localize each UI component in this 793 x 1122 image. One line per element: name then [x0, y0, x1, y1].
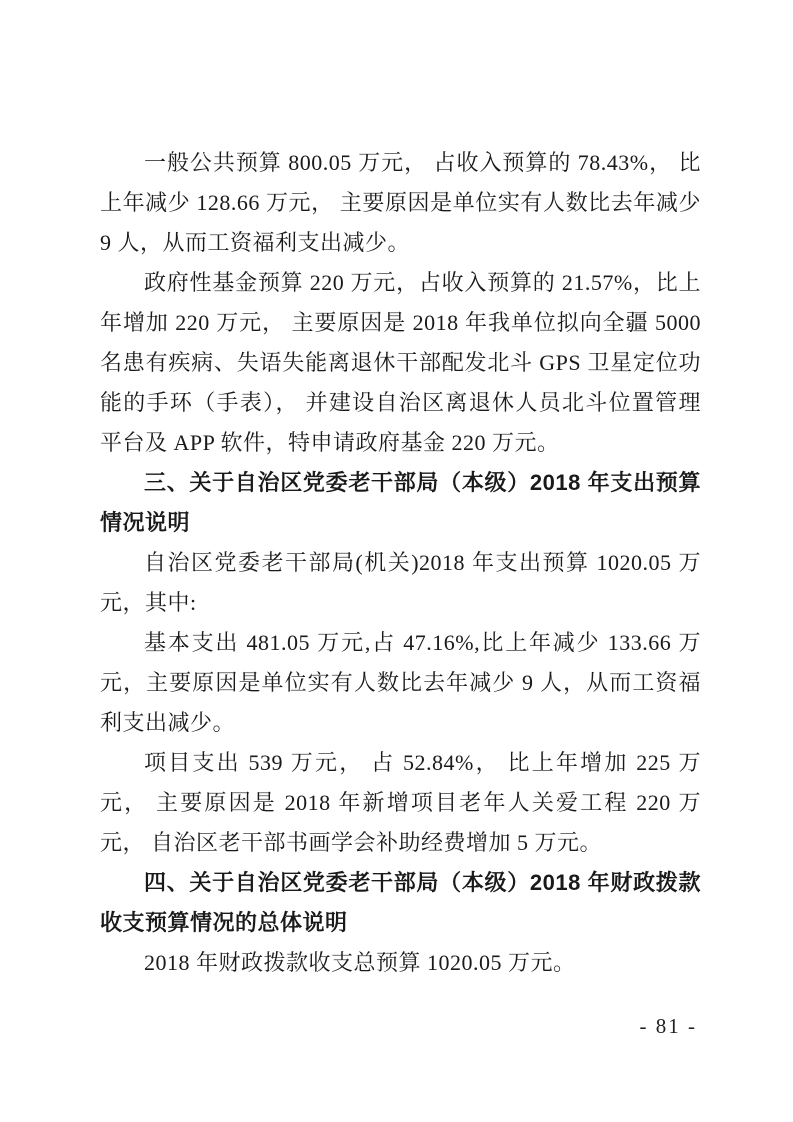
paragraph: 一般公共预算 800.05 万元， 占收入预算的 78.43%， 比上年减少 1…: [100, 143, 701, 263]
paragraph: 基本支出 481.05 万元,占 47.16%,比上年减少 133.66 万元，…: [100, 623, 701, 743]
paragraph: 自治区党委老干部局(机关)2018 年支出预算 1020.05 万元，其中:: [100, 543, 701, 623]
document-body: 一般公共预算 800.05 万元， 占收入预算的 78.43%， 比上年减少 1…: [100, 143, 701, 983]
paragraph: 2018 年财政拨款收支总预算 1020.05 万元。: [100, 943, 701, 983]
section-heading: 三、关于自治区党委老干部局（本级）2018 年支出预算情况说明: [100, 463, 701, 543]
paragraph: 项目支出 539 万元， 占 52.84%， 比上年增加 225 万元， 主要原…: [100, 743, 701, 863]
paragraph: 政府性基金预算 220 万元，占收入预算的 21.57%，比上年增加 220 万…: [100, 263, 701, 463]
document-page: 一般公共预算 800.05 万元， 占收入预算的 78.43%， 比上年减少 1…: [0, 0, 793, 1122]
section-heading: 四、关于自治区党委老干部局（本级）2018 年财政拨款收支预算情况的总体说明: [100, 863, 701, 943]
page-number: - 81 -: [640, 1012, 698, 1040]
